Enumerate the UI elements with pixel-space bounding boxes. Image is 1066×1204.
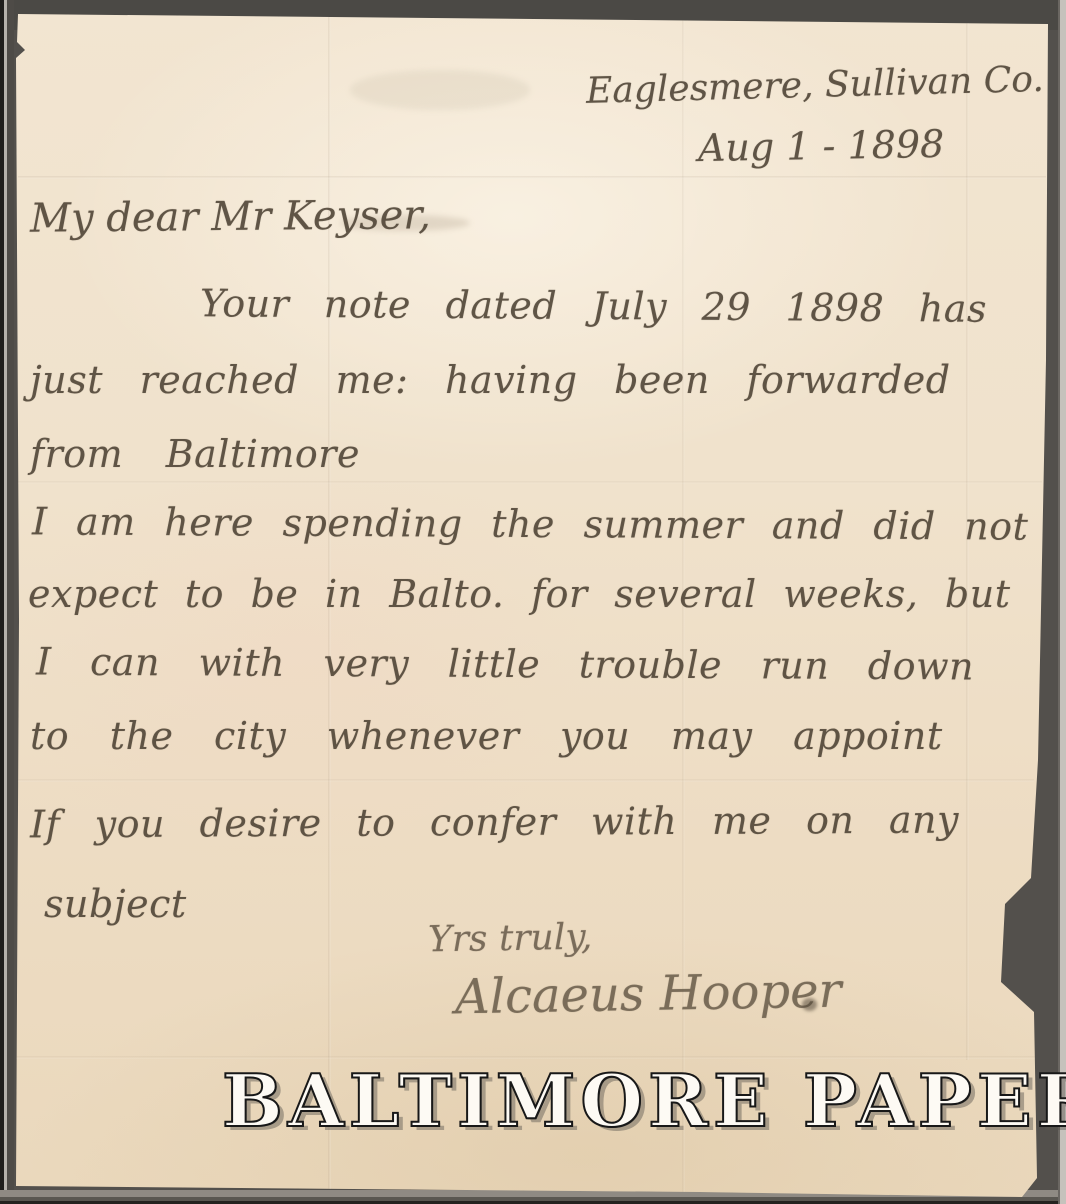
letter-heading-location: Eaglesmere, Sullivan Co. Pa. (586, 57, 1066, 112)
letter-body-line-6: I can with very little trouble run down (36, 640, 974, 689)
watermark-text: BALTIMORE PAPER (222, 1058, 942, 1143)
fold-crease-horizontal-2 (18, 481, 1042, 484)
letter-closing: Yrs truly, (428, 917, 593, 961)
ghost-print-smudge-top (350, 70, 530, 110)
letter-body-line-1: Your note dated July 29 1898 has (200, 281, 987, 330)
fold-crease-horizontal-3 (18, 779, 1034, 782)
letter-scan: { "letter": { "heading": { "location": "… (0, 0, 1066, 1204)
letter-body-line-8: If you desire to confer with me on any (30, 798, 959, 847)
letter-body-line-2: just reached me: having been forwarded (30, 358, 951, 402)
letter-paper: Eaglesmere, Sullivan Co. Pa. Aug 1 - 189… (0, 0, 1066, 1204)
letter-body-line-5: expect to be in Balto. for several weeks… (28, 572, 1011, 616)
letter-body-line-3: from Baltimore (30, 432, 360, 476)
letter-body-line-9: subject (44, 882, 187, 926)
letter-heading-date: Aug 1 - 1898 (698, 122, 945, 170)
scan-mat-left-edge (0, 0, 14, 1204)
fold-crease-horizontal-1 (18, 176, 1046, 179)
scan-mat-right-edge (1058, 0, 1066, 1204)
letter-body-line-4: I am here spending the summer and did no… (32, 499, 1029, 548)
ink-blot (802, 998, 817, 1011)
letter-body-line-7: to the city whenever you may appoint (30, 714, 943, 758)
letter-signature: Alcaeus Hooper (455, 963, 842, 1026)
letter-salutation: My dear Mr Keyser, (30, 192, 431, 241)
